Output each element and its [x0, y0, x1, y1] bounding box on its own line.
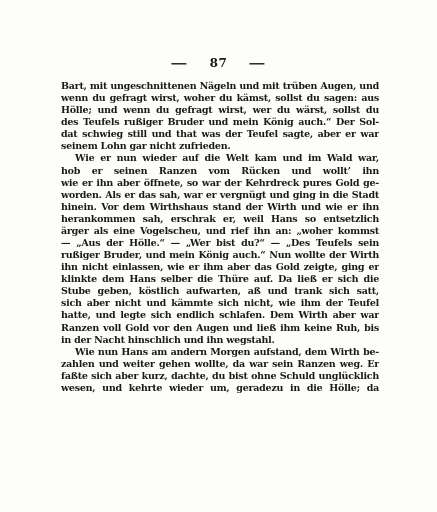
text-line: wenn du gefragt wirst, woher du kämst, s… [61, 93, 379, 105]
page-number: 87 [210, 56, 228, 70]
page-header: — 87 — [0, 55, 437, 71]
text-line: — „Aus der Hölle.“ — „Wer bist du?“ — „D… [61, 238, 379, 250]
text-line: Wie er nun wieder auf die Welt kam und i… [61, 153, 379, 165]
text-line: rußiger Bruder, und mein König auch.“ Nu… [61, 250, 379, 262]
text-line: Ranzen voll Gold vor den Augen und ließ … [61, 323, 379, 335]
paragraph: Wie nun Hans am andern Morgen aufstand, … [61, 347, 379, 395]
text-line: des Teufels rußiger Bruder und mein Köni… [61, 117, 379, 129]
text-line: worden. Als er das sah, war er vergnügt … [61, 190, 379, 202]
text-line: wesen, und kehrte wieder um, geradezu in… [61, 383, 379, 395]
text-line: in der Nacht hinschlich und ihn wegstahl… [61, 335, 379, 347]
text-line: hinein. Vor dem Wirthshaus stand der Wir… [61, 202, 379, 214]
text-line: Bart, mit ungeschnittenen Nägeln und mit… [61, 81, 379, 93]
paragraph: Bart, mit ungeschnittenen Nägeln und mit… [61, 81, 379, 153]
text-line: hob er seinen Ranzen vom Rücken und woll… [61, 166, 379, 178]
text-line: hatte, und legte sich endlich schlafen. … [61, 310, 379, 322]
header-dash-left: — [171, 56, 189, 70]
text-line: Wie nun Hans am andern Morgen aufstand, … [61, 347, 379, 359]
text-line: herankommen sah, erschrak er, weil Hans … [61, 214, 379, 226]
text-line: Hölle; und wenn du gefragt wirst, wer du… [61, 105, 379, 117]
text-line: faßte sich aber kurz, dachte, du bist oh… [61, 371, 379, 383]
book-page: — 87 — Bart, mit ungeschnittenen Nägeln … [0, 0, 437, 512]
text-line: ihn nicht einlassen, wie er ihm aber das… [61, 262, 379, 274]
text-block: Bart, mit ungeschnittenen Nägeln und mit… [61, 81, 379, 395]
text-line: Stube geben, köstlich aufwarten, aß und … [61, 286, 379, 298]
text-line: seinem Lohn gar nicht zufrieden. [61, 141, 379, 153]
text-line: klinkte dem Hans selber die Thüre auf. D… [61, 274, 379, 286]
text-line: zahlen und weiter gehen wollte, da war s… [61, 359, 379, 371]
text-line: ärger als eine Vogelscheu, und rief ihn … [61, 226, 379, 238]
text-line: wie er ihn aber öffnete, so war der Kehr… [61, 178, 379, 190]
text-line: dat schwieg still und that was der Teufe… [61, 129, 379, 141]
text-line: sich aber nicht und kämmte sich nicht, w… [61, 298, 379, 310]
header-dash-right: — [249, 56, 267, 70]
paragraph: Wie er nun wieder auf die Welt kam und i… [61, 153, 379, 346]
